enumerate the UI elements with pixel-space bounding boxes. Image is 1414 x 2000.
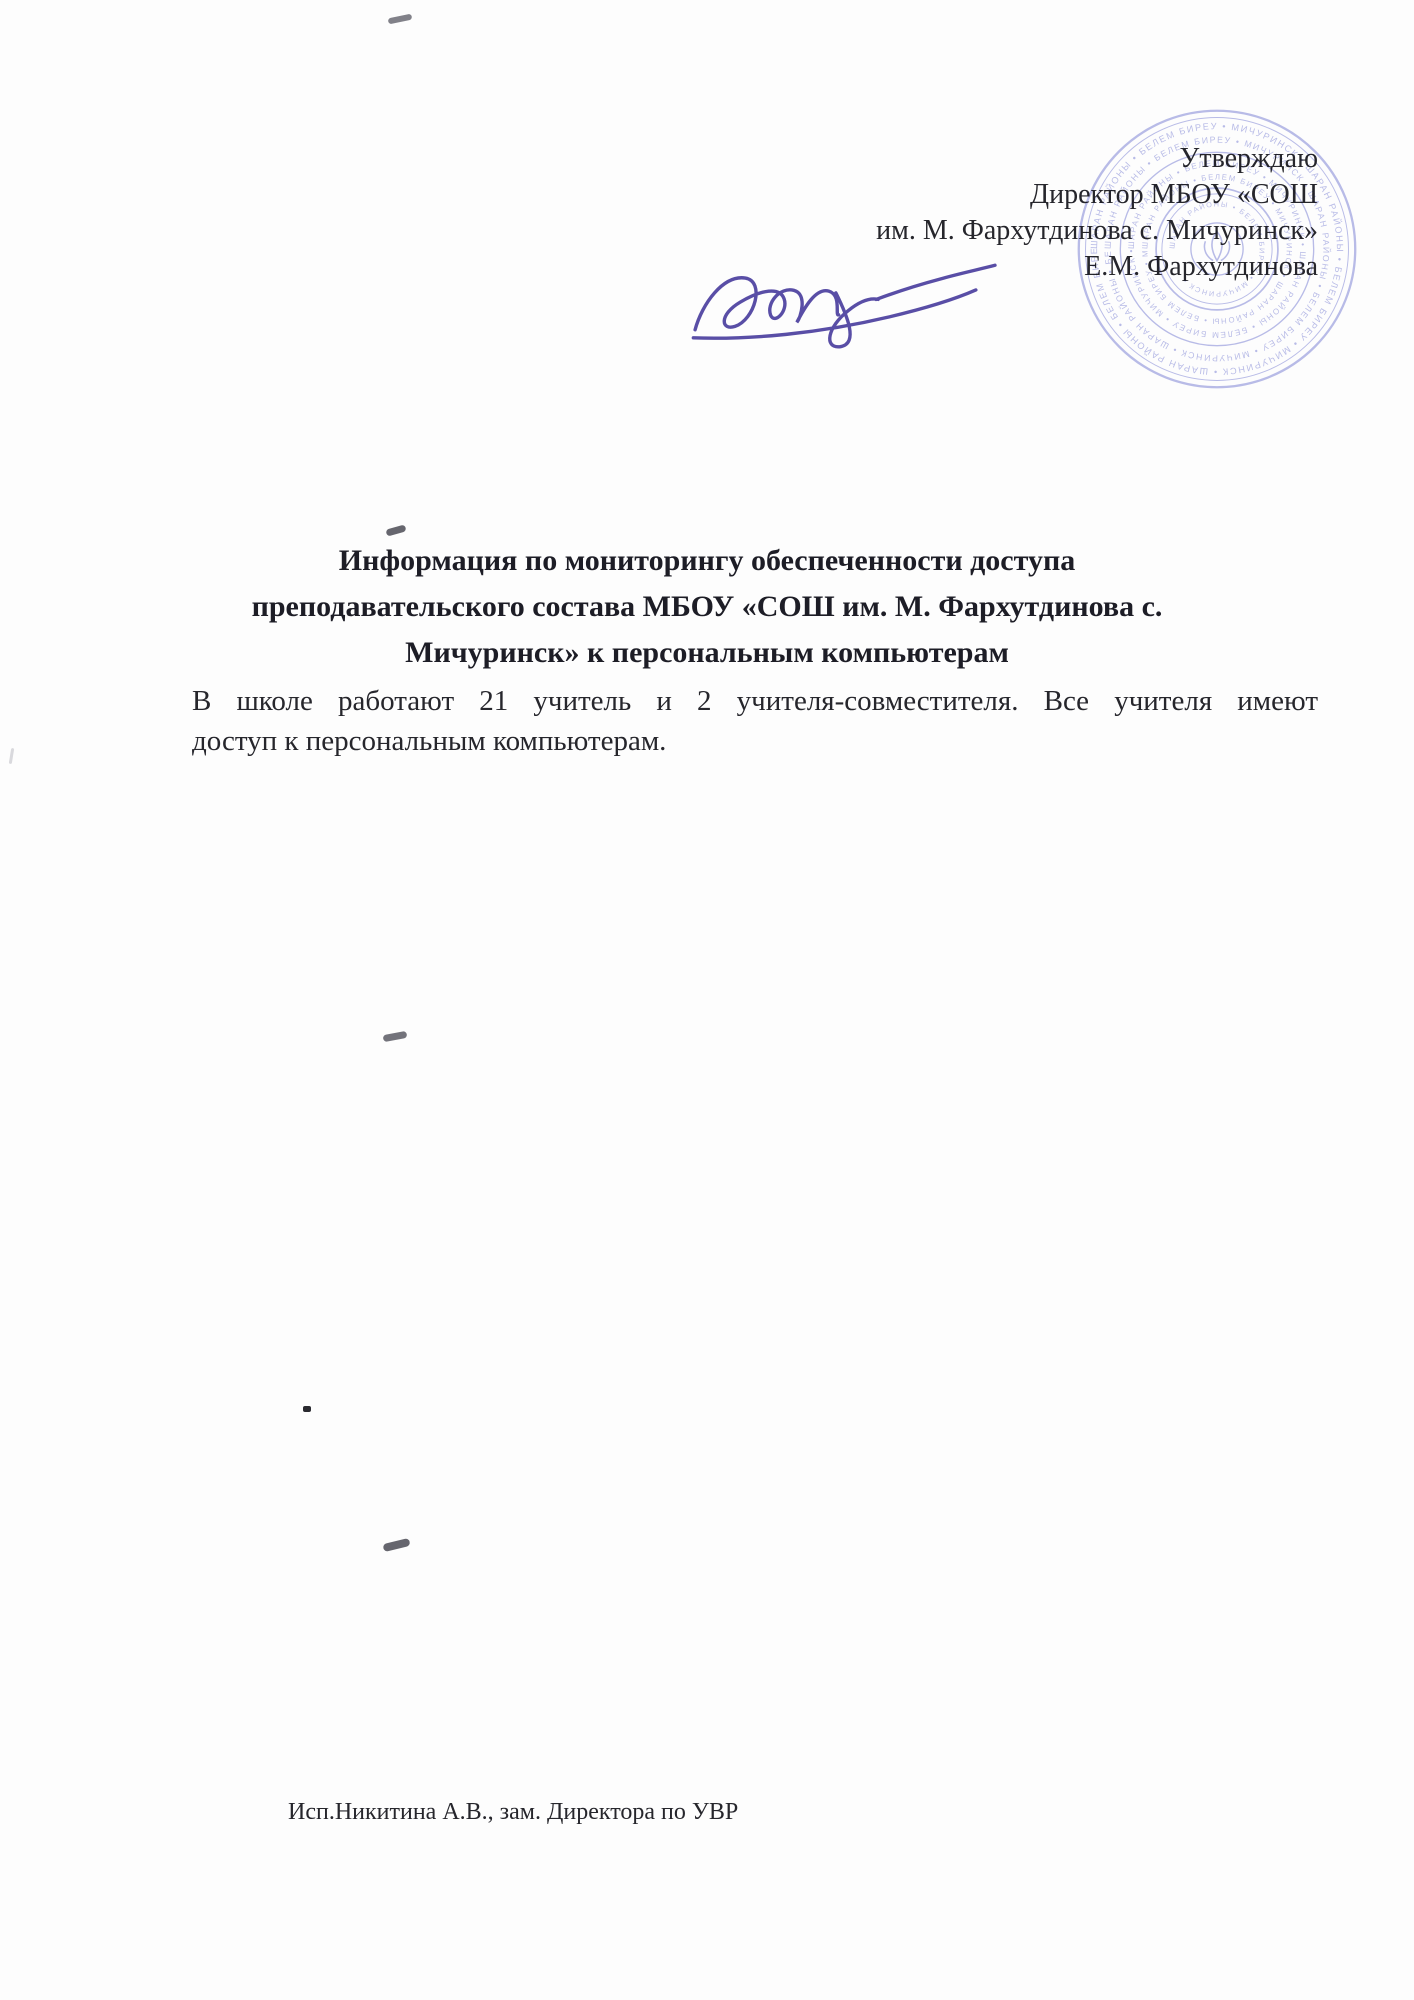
ink-dot: [303, 1406, 311, 1412]
pencil-mark-above-title: [385, 524, 406, 536]
pencil-mark-top: [388, 14, 413, 25]
pencil-mark-lower: [382, 1538, 410, 1552]
title-line-1: Информация по мониторингу обеспеченности…: [140, 538, 1274, 584]
approval-line-utverzhdayu: Утверждаю: [876, 141, 1318, 177]
scan-edge-scratch: [9, 748, 14, 764]
body-line-2: доступ к персональным компьютерам.: [192, 721, 1318, 761]
approval-line-school: им. М. Фархутдинова с. Мичуринск»: [876, 213, 1318, 249]
body-line-1: В школе работают 21 учитель и 2 учителя-…: [192, 681, 1318, 721]
approval-block: Утверждаю Директор МБОУ «СОШ им. М. Фарх…: [876, 141, 1318, 285]
title-line-2: преподавательского состава МБОУ «СОШ им.…: [140, 584, 1274, 630]
body-paragraph: В школе работают 21 учитель и 2 учителя-…: [192, 681, 1318, 761]
executor-note: Исп.Никитина А.В., зам. Директора по УВР: [288, 1799, 738, 1826]
scanned-document-page: Утверждаю Директор МБОУ «СОШ им. М. Фарх…: [0, 0, 1414, 2000]
pencil-mark-middle: [383, 1031, 408, 1042]
approval-line-director: Директор МБОУ «СОШ: [876, 177, 1318, 213]
document-title: Информация по мониторингу обеспеченности…: [140, 538, 1274, 676]
approval-signer-name: Е.М. Фархутдинова: [876, 249, 1318, 285]
title-line-3: Мичуринск» к персональным компьютерам: [140, 630, 1274, 676]
